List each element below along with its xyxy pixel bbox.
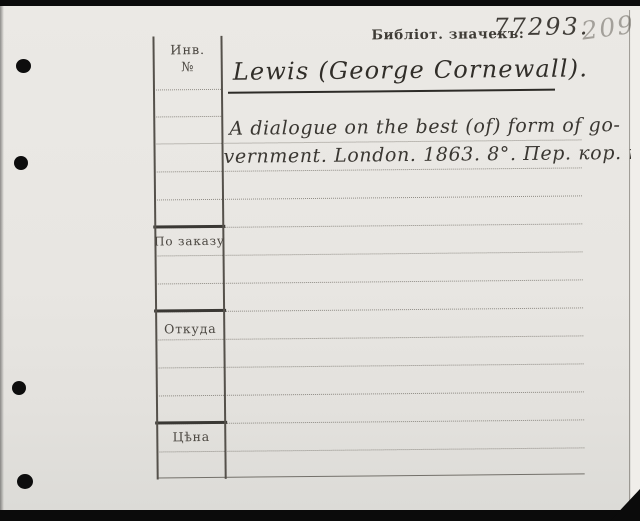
column-vertical-line (152, 36, 158, 479)
column-label-order: По заказу (153, 234, 225, 249)
column-label-origin: Откуда (156, 321, 224, 337)
ruled-line (159, 391, 584, 396)
scanned-catalog-page: Инв. № По заказу Откуда Цѣна Библіот. зн… (0, 0, 640, 521)
entry-line-1: A dialogue on the best (of) form of go- (229, 114, 620, 140)
underlying-page-edge (631, 10, 640, 504)
punch-hole (16, 59, 31, 73)
scan-edge-top (0, 0, 640, 6)
author-underline (228, 89, 555, 94)
card-right-edge (629, 10, 630, 515)
scan-edge-left-shadow (0, 5, 4, 510)
punch-hole (17, 474, 33, 489)
ruled-line (156, 116, 221, 118)
card-content: Инв. № По заказу Откуда Цѣна Библіот. зн… (0, 0, 640, 510)
entry-line-2: vernment. London. 1863. 8°. Пер. кор. ка… (224, 142, 640, 168)
ruled-line (157, 195, 582, 200)
catalog-card: Инв. № По заказу Откуда Цѣна Библіот. зн… (0, 5, 640, 510)
scan-edge-bottom (0, 510, 640, 521)
punch-hole (12, 381, 26, 395)
section-divider (155, 421, 227, 425)
column-label-inventory-line2: № (154, 60, 222, 76)
column-label-inventory-line1: Инв. (154, 43, 222, 59)
ruled-line (157, 167, 582, 172)
ruled-line (159, 447, 584, 452)
section-divider (153, 225, 225, 229)
ruled-line (158, 473, 585, 478)
column-label-price: Цѣна (157, 429, 225, 445)
ruled-line (158, 279, 583, 284)
ruled-line (156, 89, 221, 91)
punch-hole (14, 156, 28, 170)
ruled-line (158, 251, 583, 256)
section-divider (154, 309, 226, 313)
ruled-line (159, 363, 584, 368)
column-vertical-line (220, 36, 226, 479)
ruled-line (158, 335, 583, 340)
author-heading: Lewis (George Cornewall). (233, 54, 589, 85)
library-stamp-number: 77293. (493, 12, 589, 41)
